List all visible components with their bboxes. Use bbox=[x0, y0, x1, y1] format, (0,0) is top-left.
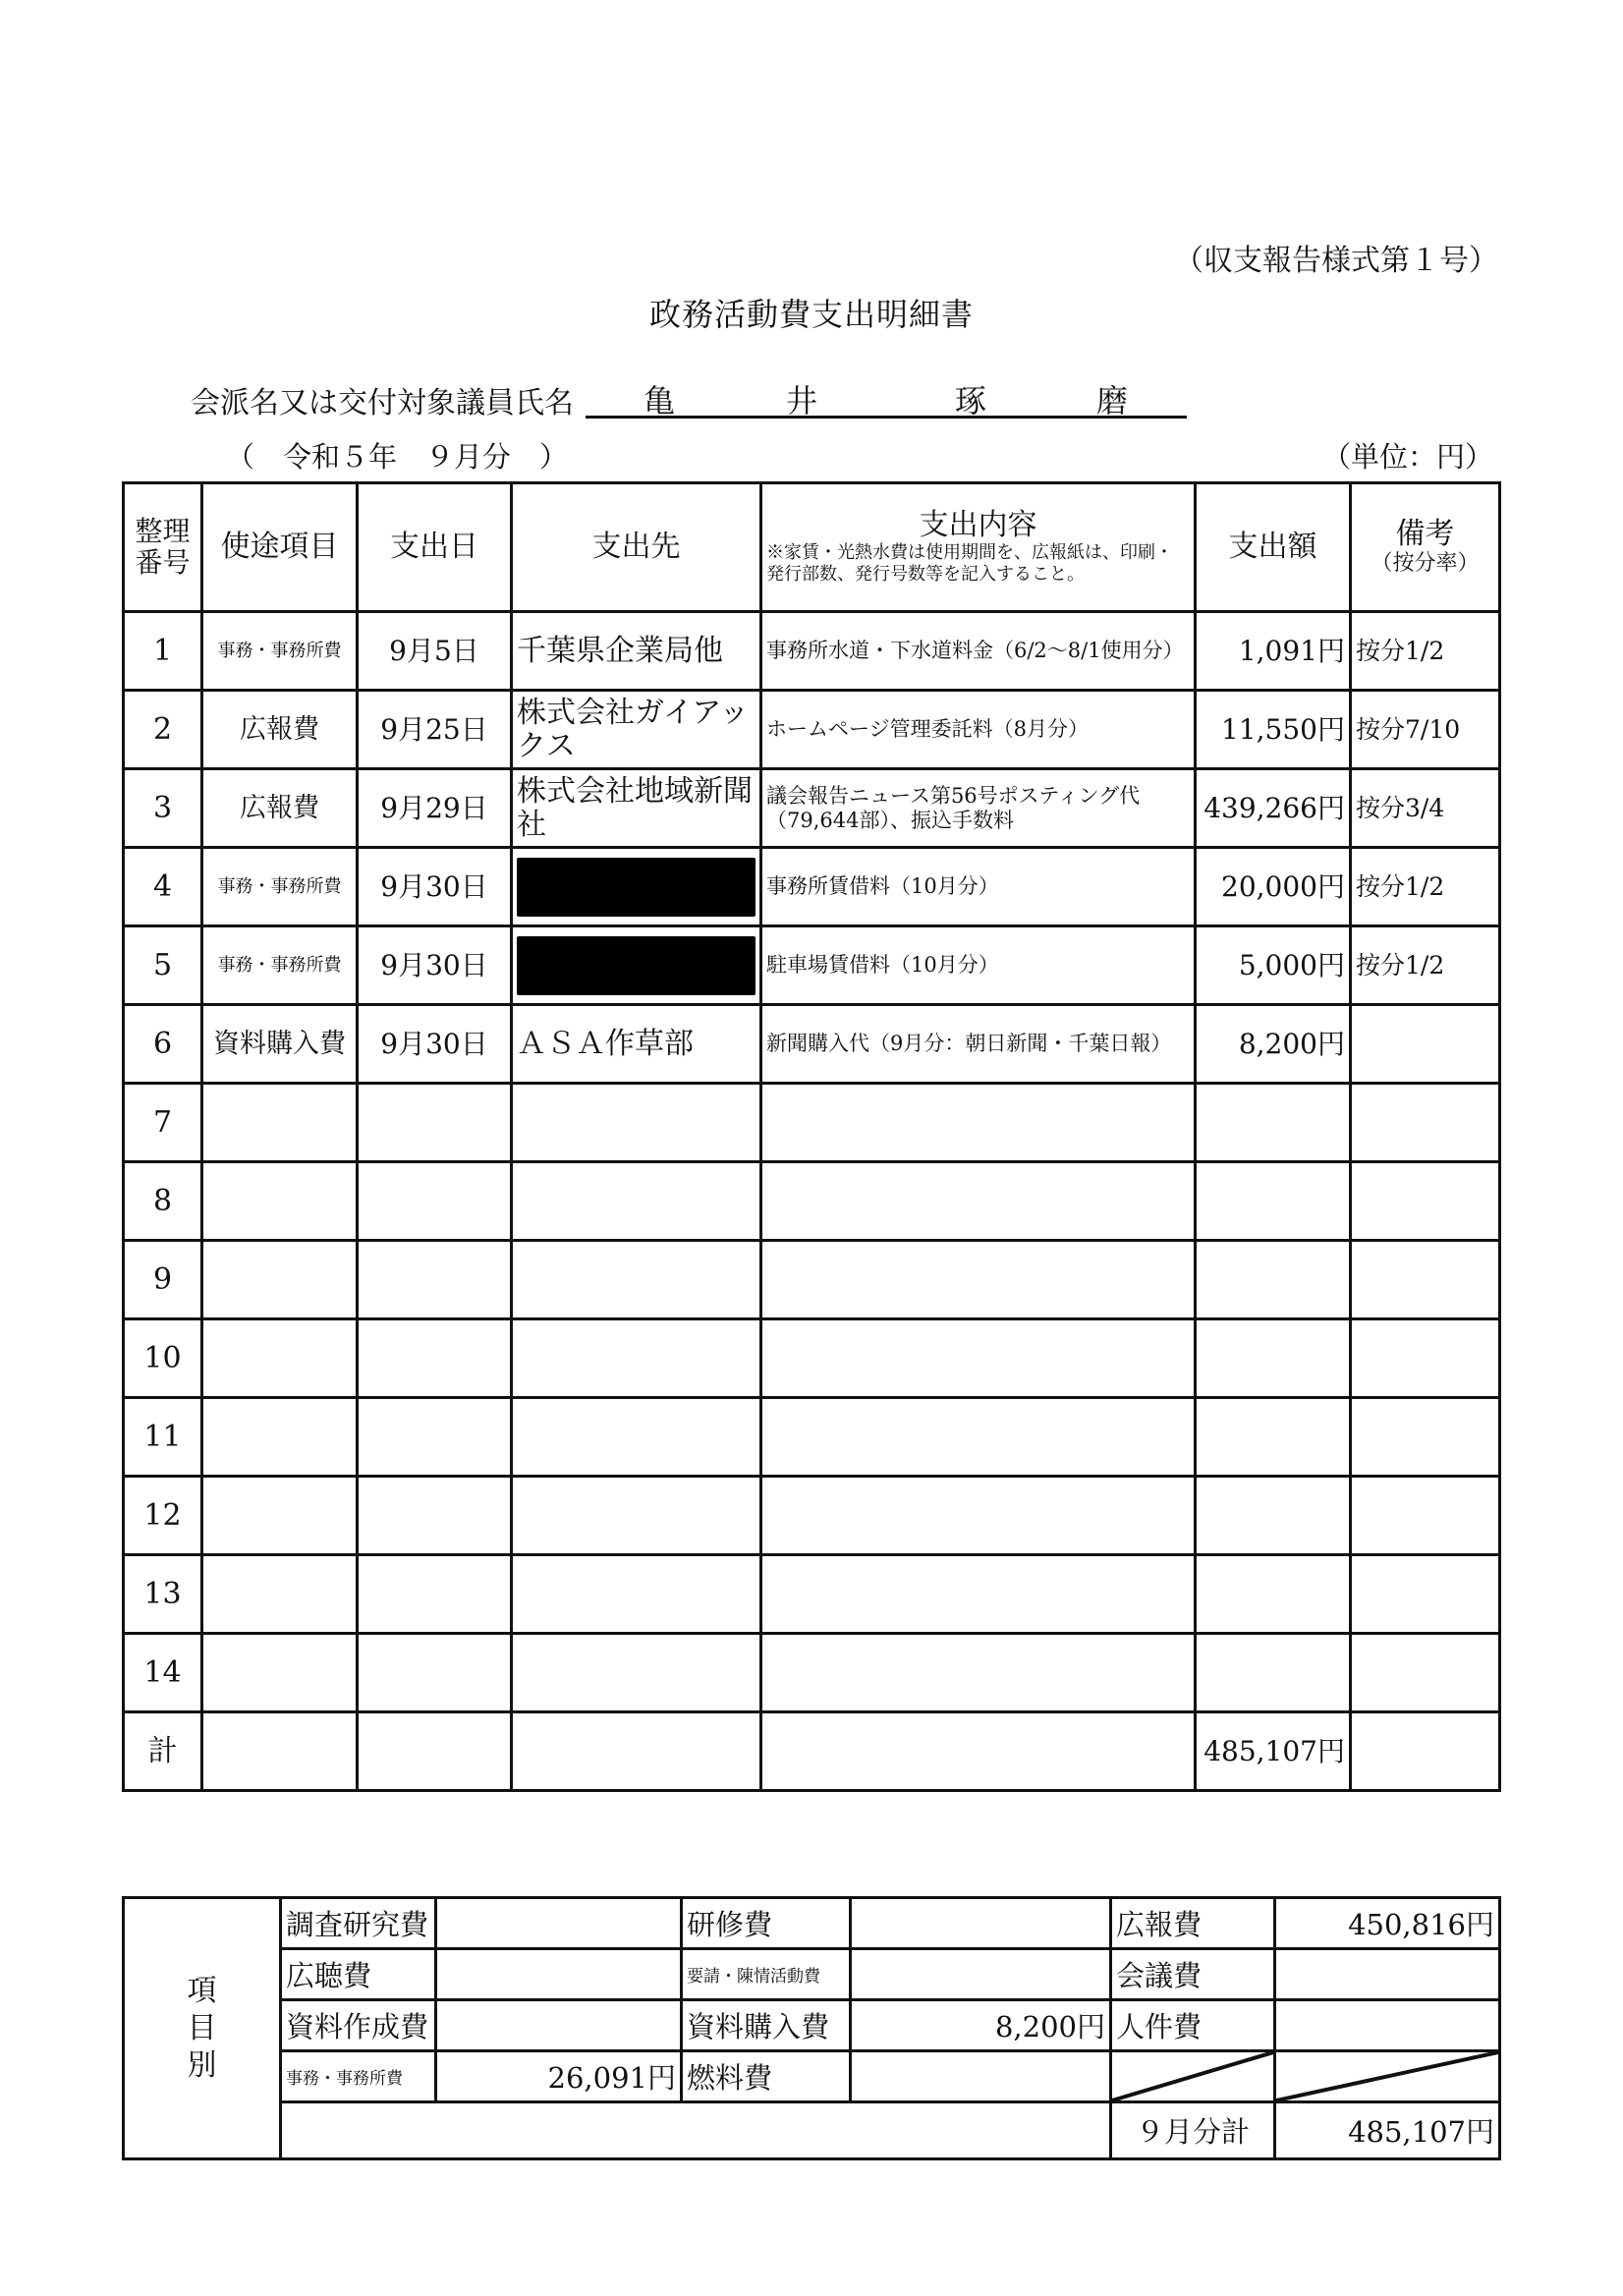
payee-cell: ＡＳＡ作草部 bbox=[512, 1005, 761, 1084]
header-content-title: 支出内容 bbox=[920, 508, 1037, 542]
header-content: 支出内容 ※家賃・光熱水費は使用期間を、広報紙は、印刷・発行部数、発行号数等を記… bbox=[761, 483, 1196, 612]
table-row: 4事務・事務所費9月30日事務所賃借料（10月分）20,000円按分1/2 bbox=[124, 848, 1500, 926]
table-row: 12 bbox=[124, 1477, 1500, 1555]
table-row: 9 bbox=[124, 1241, 1500, 1319]
remarks-cell: 按分7/10 bbox=[1351, 691, 1500, 769]
amount-cell bbox=[1196, 1477, 1351, 1555]
category-cell bbox=[202, 1398, 358, 1477]
remarks-cell bbox=[1351, 1555, 1500, 1634]
summary-category-value bbox=[436, 1898, 682, 1949]
table-row: 8 bbox=[124, 1162, 1500, 1241]
total-row: 計 485,107円 bbox=[124, 1712, 1500, 1791]
payee-cell: 株式会社地域新聞社 bbox=[512, 769, 761, 848]
amount-cell bbox=[1196, 1319, 1351, 1398]
date-cell bbox=[358, 1477, 512, 1555]
content-cell: 議会報告ニュース第56号ポスティング代（79,644部）、振込手数料 bbox=[761, 769, 1196, 848]
summary-category-value bbox=[436, 2000, 682, 2051]
date-cell bbox=[358, 1241, 512, 1319]
side-char: 別 bbox=[188, 2048, 217, 2083]
table-row: 11 bbox=[124, 1398, 1500, 1477]
category-cell bbox=[202, 1477, 358, 1555]
category-cell: 広報費 bbox=[202, 769, 358, 848]
summary-row: 事務・事務所費26,091円燃料費 bbox=[124, 2051, 1500, 2102]
table-row: 7 bbox=[124, 1084, 1500, 1162]
date-cell: 9月25日 bbox=[358, 691, 512, 769]
total-empty bbox=[512, 1712, 761, 1791]
summary-row: 広聴費要請・陳情活動費会議費 bbox=[124, 1949, 1500, 2000]
row-number: 2 bbox=[124, 691, 202, 769]
amount-cell bbox=[1196, 1555, 1351, 1634]
member-name-char: 井 bbox=[786, 376, 817, 421]
total-amount: 485,107円 bbox=[1196, 1712, 1351, 1791]
payee-cell bbox=[512, 1241, 761, 1319]
summary-category-label: 燃料費 bbox=[682, 2051, 851, 2102]
side-char: 目 bbox=[188, 2011, 217, 2045]
amount-cell: 5,000円 bbox=[1196, 926, 1351, 1005]
payee-cell: 株式会社ガイアックス bbox=[512, 691, 761, 769]
payee-cell bbox=[512, 848, 761, 926]
table-row: 10 bbox=[124, 1319, 1500, 1398]
date-cell bbox=[358, 1555, 512, 1634]
month-total-value: 485,107円 bbox=[1275, 2102, 1500, 2159]
row-number: 11 bbox=[124, 1398, 202, 1477]
amount-cell: 11,550円 bbox=[1196, 691, 1351, 769]
content-cell: ホームページ管理委託料（8月分） bbox=[761, 691, 1196, 769]
total-empty bbox=[1351, 1712, 1500, 1791]
header-remarks-sub: （按分率） bbox=[1356, 551, 1494, 577]
header-remarks-title: 備考 bbox=[1396, 517, 1455, 551]
amount-cell: 8,200円 bbox=[1196, 1005, 1351, 1084]
struck-cell bbox=[1111, 2051, 1275, 2102]
content-cell: 新聞購入代（9月分：朝日新聞・千葉日報） bbox=[761, 1005, 1196, 1084]
content-cell bbox=[761, 1477, 1196, 1555]
summary-category-label: 事務・事務所費 bbox=[281, 2051, 436, 2102]
total-label: 計 bbox=[124, 1712, 202, 1791]
summary-category-value bbox=[851, 1898, 1111, 1949]
category-cell: 事務・事務所費 bbox=[202, 848, 358, 926]
summary-category-value: 450,816円 bbox=[1275, 1898, 1500, 1949]
total-empty bbox=[358, 1712, 512, 1791]
category-summary-table: 項目別調査研究費研修費広報費450,816円広聴費要請・陳情活動費会議費資料作成… bbox=[122, 1896, 1501, 2160]
row-number: 7 bbox=[124, 1084, 202, 1162]
remarks-cell: 按分1/2 bbox=[1351, 848, 1500, 926]
row-number: 9 bbox=[124, 1241, 202, 1319]
summary-total-row: ９月分計485,107円 bbox=[124, 2102, 1500, 2159]
summary-category-label: 人件費 bbox=[1111, 2000, 1275, 2051]
member-name-char: 亀 bbox=[644, 376, 675, 421]
row-number: 13 bbox=[124, 1555, 202, 1634]
content-cell bbox=[761, 1634, 1196, 1712]
summary-side-label: 項目別 bbox=[124, 1898, 281, 2159]
summary-category-value bbox=[1275, 2000, 1500, 2051]
summary-total-empty bbox=[281, 2102, 1111, 2159]
payee-cell bbox=[512, 1398, 761, 1477]
summary-category-value bbox=[851, 1949, 1111, 2000]
summary-category-value bbox=[851, 2051, 1111, 2102]
header-payee: 支出先 bbox=[512, 483, 761, 612]
content-cell bbox=[761, 1555, 1196, 1634]
category-cell bbox=[202, 1162, 358, 1241]
summary-row: 資料作成費資料購入費8,200円人件費 bbox=[124, 2000, 1500, 2051]
category-cell: 事務・事務所費 bbox=[202, 926, 358, 1005]
remarks-cell bbox=[1351, 1319, 1500, 1398]
summary-category-label: 調査研究費 bbox=[281, 1898, 436, 1949]
table-row: 1事務・事務所費9月5日千葉県企業局他事務所水道・下水道料金（6/2～8/1使用… bbox=[124, 612, 1500, 691]
row-number: 6 bbox=[124, 1005, 202, 1084]
table-row: 14 bbox=[124, 1634, 1500, 1712]
amount-cell: 1,091円 bbox=[1196, 612, 1351, 691]
page-title: 政務活動費支出明細書 bbox=[0, 290, 1623, 335]
remarks-cell bbox=[1351, 1084, 1500, 1162]
payee-cell bbox=[512, 926, 761, 1005]
content-cell bbox=[761, 1084, 1196, 1162]
payee-cell bbox=[512, 1319, 761, 1398]
table-row: 2広報費9月25日株式会社ガイアックスホームページ管理委託料（8月分）11,55… bbox=[124, 691, 1500, 769]
payee-cell: 千葉県企業局他 bbox=[512, 612, 761, 691]
row-number: 8 bbox=[124, 1162, 202, 1241]
content-cell bbox=[761, 1241, 1196, 1319]
header-remarks: 備考 （按分率） bbox=[1351, 483, 1500, 612]
month-total-label: ９月分計 bbox=[1111, 2102, 1275, 2159]
unit-label: （単位：円） bbox=[1322, 435, 1493, 476]
payee-cell bbox=[512, 1555, 761, 1634]
date-cell bbox=[358, 1634, 512, 1712]
summary-category-label: 資料作成費 bbox=[281, 2000, 436, 2051]
date-cell bbox=[358, 1319, 512, 1398]
category-cell bbox=[202, 1555, 358, 1634]
category-cell bbox=[202, 1241, 358, 1319]
payee-cell bbox=[512, 1477, 761, 1555]
remarks-cell bbox=[1351, 1398, 1500, 1477]
remarks-cell bbox=[1351, 1162, 1500, 1241]
side-char: 項 bbox=[188, 1974, 217, 2008]
form-number: （収支報告様式第１号） bbox=[1174, 236, 1498, 279]
member-label: 会派名又は交付対象議員氏名 bbox=[191, 378, 574, 421]
row-number: 3 bbox=[124, 769, 202, 848]
header-number: 整理番号 bbox=[124, 483, 202, 612]
content-cell bbox=[761, 1162, 1196, 1241]
struck-cell bbox=[1275, 2051, 1500, 2102]
total-empty bbox=[761, 1712, 1196, 1791]
header-category: 使途項目 bbox=[202, 483, 358, 612]
table-row: 6資料購入費9月30日ＡＳＡ作草部新聞購入代（9月分：朝日新聞・千葉日報）8,2… bbox=[124, 1005, 1500, 1084]
table-header-row: 整理番号 使途項目 支出日 支出先 支出内容 ※家賃・光熱水費は使用期間を、広報… bbox=[124, 483, 1500, 612]
remarks-cell bbox=[1351, 1005, 1500, 1084]
payee-cell bbox=[512, 1084, 761, 1162]
row-number: 10 bbox=[124, 1319, 202, 1398]
summary-category-label: 会議費 bbox=[1111, 1949, 1275, 2000]
date-cell: 9月5日 bbox=[358, 612, 512, 691]
remarks-cell: 按分1/2 bbox=[1351, 612, 1500, 691]
table-row: 13 bbox=[124, 1555, 1500, 1634]
content-cell bbox=[761, 1398, 1196, 1477]
total-empty bbox=[202, 1712, 358, 1791]
content-cell: 事務所水道・下水道料金（6/2～8/1使用分） bbox=[761, 612, 1196, 691]
remarks-cell bbox=[1351, 1634, 1500, 1712]
expense-table: 整理番号 使途項目 支出日 支出先 支出内容 ※家賃・光熱水費は使用期間を、広報… bbox=[122, 481, 1501, 1792]
remarks-cell bbox=[1351, 1241, 1500, 1319]
summary-category-label: 研修費 bbox=[682, 1898, 851, 1949]
row-number: 5 bbox=[124, 926, 202, 1005]
row-number: 1 bbox=[124, 612, 202, 691]
payee-cell bbox=[512, 1162, 761, 1241]
amount-cell: 20,000円 bbox=[1196, 848, 1351, 926]
summary-category-value: 8,200円 bbox=[851, 2000, 1111, 2051]
category-cell bbox=[202, 1634, 358, 1712]
header-content-note: ※家賃・光熱水費は使用期間を、広報紙は、印刷・発行部数、発行号数等を記入すること… bbox=[766, 542, 1190, 586]
header-amount: 支出額 bbox=[1196, 483, 1351, 612]
amount-cell: 439,266円 bbox=[1196, 769, 1351, 848]
content-cell: 事務所賃借料（10月分） bbox=[761, 848, 1196, 926]
category-cell bbox=[202, 1084, 358, 1162]
amount-cell bbox=[1196, 1162, 1351, 1241]
content-cell bbox=[761, 1319, 1196, 1398]
date-cell bbox=[358, 1398, 512, 1477]
amount-cell bbox=[1196, 1634, 1351, 1712]
payee-cell bbox=[512, 1634, 761, 1712]
remarks-cell: 按分3/4 bbox=[1351, 769, 1500, 848]
report-period: （ 令和５年 ９月分 ） bbox=[226, 435, 568, 476]
header-date: 支出日 bbox=[358, 483, 512, 612]
date-cell bbox=[358, 1162, 512, 1241]
member-name-char: 磨 bbox=[1096, 376, 1128, 421]
category-cell: 資料購入費 bbox=[202, 1005, 358, 1084]
summary-category-value bbox=[1275, 1949, 1500, 2000]
remarks-cell: 按分1/2 bbox=[1351, 926, 1500, 1005]
summary-category-value bbox=[436, 1949, 682, 2000]
table-row: 3広報費9月29日株式会社地域新聞社議会報告ニュース第56号ポスティング代（79… bbox=[124, 769, 1500, 848]
summary-row: 項目別調査研究費研修費広報費450,816円 bbox=[124, 1898, 1500, 1949]
category-cell: 広報費 bbox=[202, 691, 358, 769]
redaction-block bbox=[517, 936, 756, 995]
category-cell bbox=[202, 1319, 358, 1398]
amount-cell bbox=[1196, 1084, 1351, 1162]
amount-cell bbox=[1196, 1241, 1351, 1319]
summary-category-label: 広聴費 bbox=[281, 1949, 436, 2000]
remarks-cell bbox=[1351, 1477, 1500, 1555]
table-row: 5事務・事務所費9月30日駐車場賃借料（10月分）5,000円按分1/2 bbox=[124, 926, 1500, 1005]
summary-category-label: 広報費 bbox=[1111, 1898, 1275, 1949]
date-cell: 9月30日 bbox=[358, 926, 512, 1005]
date-cell bbox=[358, 1084, 512, 1162]
member-name-char: 琢 bbox=[955, 376, 986, 421]
content-cell: 駐車場賃借料（10月分） bbox=[761, 926, 1196, 1005]
summary-category-label: 要請・陳情活動費 bbox=[682, 1949, 851, 2000]
date-cell: 9月29日 bbox=[358, 769, 512, 848]
row-number: 14 bbox=[124, 1634, 202, 1712]
date-cell: 9月30日 bbox=[358, 848, 512, 926]
date-cell: 9月30日 bbox=[358, 1005, 512, 1084]
category-cell: 事務・事務所費 bbox=[202, 612, 358, 691]
row-number: 4 bbox=[124, 848, 202, 926]
summary-category-value: 26,091円 bbox=[436, 2051, 682, 2102]
amount-cell bbox=[1196, 1398, 1351, 1477]
redaction-block bbox=[517, 858, 756, 917]
summary-category-label: 資料購入費 bbox=[682, 2000, 851, 2051]
row-number: 12 bbox=[124, 1477, 202, 1555]
